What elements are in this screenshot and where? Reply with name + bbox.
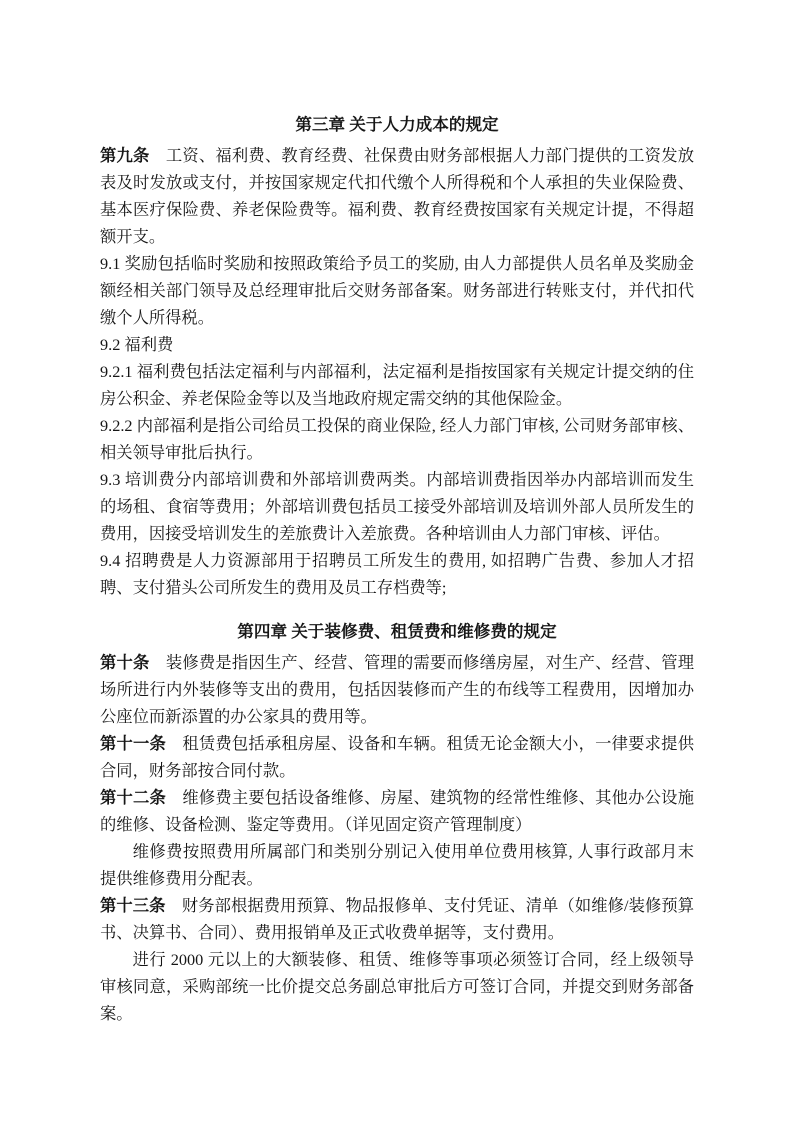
article-10-label: 第十条 <box>100 653 150 672</box>
article-11-label: 第十一条 <box>100 734 166 753</box>
chapter-3-heading: 第三章 关于人力成本的规定 <box>100 111 694 138</box>
article-13-text: 财务部根据费用预算、物品报修单、支付凭证、清单（如维修/装修预算书、决算书、合同… <box>100 896 694 942</box>
maintenance-fee-allocation-note: 维修费按照费用所属部门和类别分别记入使用单位费用核算, 人事行政部月末提供维修费… <box>100 838 694 892</box>
clause-9-2-1: 9.2.1 福利费包括法定福利与内部福利，法定福利是指按国家有关规定计提交纳的住… <box>100 358 694 412</box>
contract-signing-note: 进行 2000 元以上的大额装修、租赁、维修等事项必须签订合同，经上级领导审核同… <box>100 946 694 1027</box>
article-9-paragraph: 第九条工资、福利费、教育经费、社保费由财务部根据人力部门提供的工资发放表及时发放… <box>100 142 694 250</box>
article-13-label: 第十三条 <box>100 896 166 915</box>
clause-9-3: 9.3 培训费分内部培训费和外部培训费两类。内部培训费指因举办内部培训而发生的场… <box>100 466 694 547</box>
chapter-4-heading: 第四章 关于装修费、租赁费和维修费的规定 <box>100 618 694 645</box>
clause-9-4: 9.4 招聘费是人力资源部用于招聘员工所发生的费用, 如招聘广告费、参加人才招聘… <box>100 547 694 601</box>
article-9-label: 第九条 <box>100 146 150 165</box>
article-13-paragraph: 第十三条财务部根据费用预算、物品报修单、支付凭证、清单（如维修/装修预算书、决算… <box>100 892 694 946</box>
article-10-text: 装修费是指因生产、经营、管理的需要而修缮房屋，对生产、经营、管理场所进行内外装修… <box>100 653 694 726</box>
clause-9-2: 9.2 福利费 <box>100 331 694 358</box>
clause-9-2-2: 9.2.2 内部福利是指公司给员工投保的商业保险, 经人力部门审核, 公司财务部… <box>100 412 694 466</box>
article-10-paragraph: 第十条装修费是指因生产、经营、管理的需要而修缮房屋，对生产、经营、管理场所进行内… <box>100 649 694 730</box>
clause-9-1: 9.1 奖励包括临时奖励和按照政策给予员工的奖励, 由人力部提供人员名单及奖励金… <box>100 250 694 331</box>
article-12-label: 第十二条 <box>100 788 166 807</box>
article-12-paragraph: 第十二条维修费主要包括设备维修、房屋、建筑物的经常性维修、其他办公设施的维修、设… <box>100 784 694 838</box>
document-page: 第三章 关于人力成本的规定 第九条工资、福利费、教育经费、社保费由财务部根据人力… <box>0 0 793 1122</box>
article-11-text: 租赁费包括承租房屋、设备和车辆。租赁无论金额大小，一律要求提供合同，财务部按合同… <box>100 734 694 780</box>
article-9-text: 工资、福利费、教育经费、社保费由财务部根据人力部门提供的工资发放表及时发放或支付… <box>100 146 694 246</box>
article-11-paragraph: 第十一条租赁费包括承租房屋、设备和车辆。租赁无论金额大小，一律要求提供合同，财务… <box>100 730 694 784</box>
article-12-text: 维修费主要包括设备维修、房屋、建筑物的经常性维修、其他办公设施的维修、设备检测、… <box>100 788 694 834</box>
